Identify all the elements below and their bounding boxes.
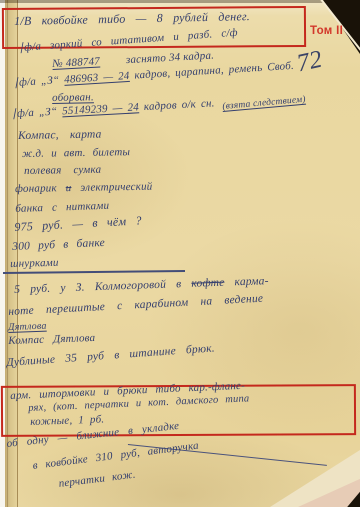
handwritten-line: полевая сумка bbox=[24, 164, 101, 177]
handwritten-line: кожные, 1 рб. bbox=[30, 413, 104, 428]
underlined-text: Дятлова bbox=[8, 321, 47, 333]
document-scan: Том II 72 1/В ковбойке тибо — 8 рублей д… bbox=[0, 0, 360, 507]
handwritten-line: Дятлова bbox=[8, 321, 47, 333]
line-text: фонарик bbox=[15, 182, 66, 195]
struck-word: кофте bbox=[191, 277, 225, 290]
handwritten-line: Компас, карта bbox=[18, 129, 102, 142]
top-edge-shadow bbox=[0, 0, 360, 3]
volume-label: Том II bbox=[310, 25, 343, 37]
line-text: карма- bbox=[224, 275, 269, 289]
line-text: электрический bbox=[71, 181, 152, 194]
underlined-text: № 488747 bbox=[52, 56, 100, 70]
handwritten-line: шнурками bbox=[10, 257, 59, 270]
handwritten-line: ж.д. и авт. билеты bbox=[22, 146, 130, 160]
handwritten-line: фонарик и электрический bbox=[15, 181, 153, 195]
